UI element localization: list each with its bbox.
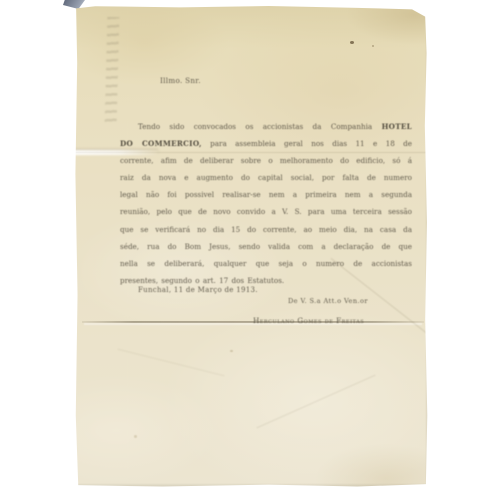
body-line: séde, rua do Bom Jesus, sendo valida com… bbox=[120, 238, 412, 255]
closing-line: De V. S.a Att.o Ven.or bbox=[288, 297, 368, 305]
diagonal-crease bbox=[256, 375, 375, 429]
company-name-part: DO COMMERCIO, bbox=[120, 139, 202, 148]
foxing-speck bbox=[230, 350, 233, 352]
body-line: reunião, pelo que de novo convido a V. S… bbox=[120, 203, 412, 220]
company-name-part: HOTEL bbox=[382, 122, 412, 131]
foxing-speck bbox=[350, 41, 354, 44]
foxing-speck bbox=[372, 45, 374, 47]
corner-fold-mark bbox=[63, 0, 85, 9]
body-line: legal não foi possivel realisar-se nem a… bbox=[120, 186, 412, 203]
dateline: Funchal, 11 de Março de 1913. bbox=[138, 286, 258, 294]
letter-sheet: Illmo. Snr. Tendo sido convocados os acc… bbox=[74, 5, 428, 488]
printed-signature: Herculano Gomes de Freitas bbox=[253, 316, 364, 325]
body-line: corrente, afim de deliberar sobre o melh… bbox=[120, 152, 412, 169]
salutation: Illmo. Snr. bbox=[160, 76, 201, 85]
ink-bleed-marks bbox=[105, 17, 120, 123]
letter-body: Tendo sido convocados os accionistas da … bbox=[120, 118, 412, 289]
diagonal-crease bbox=[118, 349, 225, 377]
body-line: raiz da nova e augmento do capital socia… bbox=[120, 169, 412, 186]
body-line: Tendo sido convocados os accionistas da … bbox=[120, 118, 412, 135]
body-line-text: Tendo sido convocados os accionistas da … bbox=[138, 122, 382, 131]
body-line-text: para assembleia geral nos dias 11 e 18 d… bbox=[202, 139, 412, 148]
body-line: DO COMMERCIO, para assembleia geral nos … bbox=[120, 135, 412, 152]
foxing-speck bbox=[134, 435, 137, 438]
body-line: que se verificará no dia 15 do corrente,… bbox=[120, 221, 412, 238]
body-line: nella se deliberará, qualquer que seja o… bbox=[120, 255, 412, 272]
scanned-letter-photo: { "letter": { "salutation": "Illmo. Snr.… bbox=[0, 0, 500, 500]
